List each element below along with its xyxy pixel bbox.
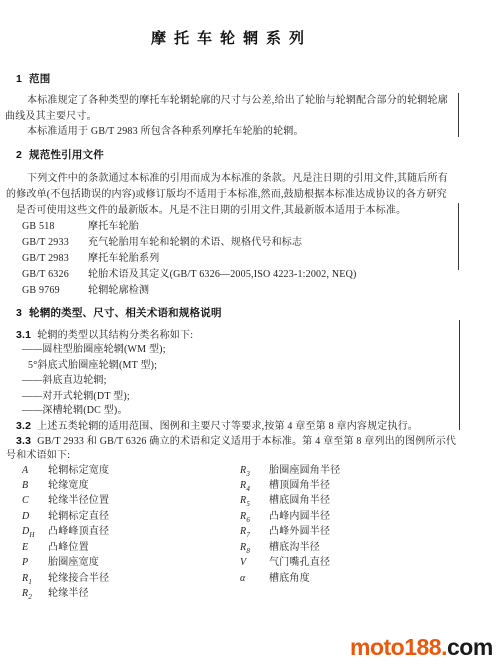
symbol-term: 轮缘接合半径 bbox=[48, 573, 109, 584]
document-title: 摩托车轮辋系列 bbox=[151, 27, 312, 48]
symbol-row: E凸峰位置 bbox=[22, 542, 89, 557]
section-1-number: 1 bbox=[16, 73, 22, 85]
symbol-code: P bbox=[22, 557, 48, 572]
scope-paragraph-line-2: 曲线及其主要尺寸。 bbox=[5, 111, 97, 123]
reference-title: 轮辋轮廓检测 bbox=[88, 285, 149, 296]
symbol-row: α槽底角度 bbox=[240, 573, 310, 588]
clause-3-2-number: 3.2 bbox=[16, 420, 31, 432]
reference-title: 充气轮胎用车轮和轮辋的术语、规格代号和标志 bbox=[88, 237, 302, 248]
symbol-row: DH凸峰峰顶直径 bbox=[22, 526, 109, 541]
rim-type-item: ——深槽轮辋(DC 型)。 bbox=[22, 405, 128, 417]
symbol-term: 轮缘半径 bbox=[48, 588, 89, 599]
symbol-row: V气门嘴孔直径 bbox=[240, 557, 330, 572]
symbol-term: 气门嘴孔直径 bbox=[269, 557, 330, 568]
watermark-brand: moto188. bbox=[350, 634, 447, 660]
symbol-term: 轮缘半径位置 bbox=[48, 495, 109, 506]
symbol-code: D bbox=[22, 511, 48, 526]
symbol-row: B轮缘宽度 bbox=[22, 480, 89, 495]
symbol-row: R2轮缘半径 bbox=[22, 588, 89, 603]
section-1-heading: 1范围 bbox=[16, 73, 50, 86]
symbol-row: R7凸峰外圆半径 bbox=[240, 526, 330, 541]
reference-row: GB 518摩托车轮胎 bbox=[22, 221, 139, 233]
symbol-code: C bbox=[22, 495, 48, 510]
section-1-heading-text: 范围 bbox=[29, 73, 50, 85]
section-2-heading-text: 规范性引用文件 bbox=[29, 149, 104, 161]
scan-edge-line bbox=[458, 203, 459, 270]
reference-row: GB/T 6326轮胎术语及其定义(GB/T 6326—2005,ISO 422… bbox=[22, 269, 357, 281]
symbol-term: 槽底圆角半径 bbox=[269, 495, 330, 506]
clause-3-1-number: 3.1 bbox=[16, 329, 31, 341]
symbol-code: DH bbox=[22, 526, 48, 541]
symbol-term: 胎圈座宽度 bbox=[48, 557, 99, 568]
symbol-term: 槽底角度 bbox=[269, 573, 310, 584]
symbol-row: R6凸峰内圆半径 bbox=[240, 511, 330, 526]
rim-type-item: ——斜底直边轮辋; bbox=[22, 375, 107, 387]
symbol-row: R8槽底沟半径 bbox=[240, 542, 320, 557]
clause-3-3-text: GB/T 2933 和 GB/T 6326 确立的术语和定义适用于本标准。第 4… bbox=[37, 436, 456, 447]
normative-paragraph-line-1: 下列文件中的条款通过本标准的引用而成为本标准的条款。凡是注日期的引用文件,其随后… bbox=[27, 173, 448, 185]
symbol-row: C轮缘半径位置 bbox=[22, 495, 109, 510]
symbol-code: R8 bbox=[240, 542, 269, 557]
symbol-term: 轮辋标定直径 bbox=[48, 511, 109, 522]
reference-code: GB/T 2983 bbox=[22, 253, 74, 265]
clause-3-2: 3.2上述五类轮辋的适用范围、图例和主要尺寸等要求,按第 4 章至第 8 章内容… bbox=[16, 420, 418, 433]
clause-3-3-line-2: 号和术语如下: bbox=[6, 450, 70, 462]
scope-paragraph-line-1: 本标准规定了各种类型的摩托车轮辋轮廓的尺寸与公差,给出了轮胎与轮辋配合部分的轮辋… bbox=[27, 95, 448, 107]
reference-code: GB/T 6326 bbox=[22, 269, 74, 281]
symbol-code: V bbox=[240, 557, 269, 572]
clause-3-1: 3.1轮辋的类型以其结构分类名称如下: bbox=[16, 329, 193, 342]
symbol-term: 凸峰峰顶直径 bbox=[48, 526, 109, 537]
scan-edge-line bbox=[458, 93, 459, 137]
symbol-code: R5 bbox=[240, 495, 269, 510]
scan-edge-line bbox=[459, 320, 460, 430]
section-3-heading-text: 轮辋的类型、尺寸、相关术语和规格说明 bbox=[29, 307, 222, 319]
reference-row: GB/T 2983摩托车轮胎系列 bbox=[22, 253, 159, 265]
scope-paragraph-2: 本标准适用于 GB/T 2983 所包含各种系列摩托车轮胎的轮辋。 bbox=[27, 126, 304, 138]
symbol-row: A轮辋标定宽度 bbox=[22, 465, 109, 480]
rim-type-item: ——圆柱型胎圈座轮辋(WM 型); bbox=[22, 344, 166, 356]
symbol-row: R3胎圈座圆角半径 bbox=[240, 465, 340, 480]
reference-title: 摩托车轮胎 bbox=[88, 221, 139, 232]
symbol-term: 轮辋标定宽度 bbox=[48, 465, 109, 476]
symbol-term: 轮缘宽度 bbox=[48, 480, 89, 491]
symbol-code: R7 bbox=[240, 526, 269, 541]
reference-row: GB/T 2933充气轮胎用车轮和轮辋的术语、规格代号和标志 bbox=[22, 237, 302, 249]
watermark-moto188: moto188.com bbox=[350, 634, 493, 661]
reference-title: 轮胎术语及其定义(GB/T 6326—2005,ISO 4223-1:2002,… bbox=[88, 269, 357, 280]
section-3-heading: 3轮辋的类型、尺寸、相关术语和规格说明 bbox=[16, 307, 222, 320]
normative-paragraph-line-2: 的修改单(不包括勘误的内容)或修订版均不适用于本标准,然而,鼓励根据本标准达成协… bbox=[6, 189, 447, 201]
symbol-term: 凸峰内圆半径 bbox=[269, 511, 330, 522]
symbol-row: R5槽底圆角半径 bbox=[240, 495, 330, 510]
symbol-code: E bbox=[22, 542, 48, 557]
reference-title: 摩托车轮胎系列 bbox=[88, 253, 159, 264]
normative-paragraph-line-3: 是否可使用这些文件的最新版本。凡是不注日期的引用文件,其最新版本适用于本标准。 bbox=[16, 205, 406, 217]
reference-row: GB 9769轮辋轮廓检测 bbox=[22, 285, 149, 297]
symbol-code: B bbox=[22, 480, 48, 495]
clause-3-2-text: 上述五类轮辋的适用范围、图例和主要尺寸等要求,按第 4 章至第 8 章内容规定执… bbox=[37, 421, 418, 432]
symbol-code: R6 bbox=[240, 511, 269, 526]
rim-type-item: 5°斜底式胎圈座轮辋(MT 型); bbox=[28, 360, 157, 372]
clause-3-3-number: 3.3 bbox=[16, 435, 31, 447]
clause-3-3-line-1: 3.3GB/T 2933 和 GB/T 6326 确立的术语和定义适用于本标准。… bbox=[16, 435, 456, 448]
rim-type-item: ——对开式轮辋(DT 型); bbox=[22, 391, 130, 403]
symbol-term: 凸峰位置 bbox=[48, 542, 89, 553]
clause-3-1-text: 轮辋的类型以其结构分类名称如下: bbox=[37, 330, 193, 341]
section-3-number: 3 bbox=[16, 307, 22, 319]
reference-code: GB/T 2933 bbox=[22, 237, 74, 249]
symbol-code: R1 bbox=[22, 573, 48, 588]
reference-code: GB 9769 bbox=[22, 285, 74, 297]
watermark-tld: com bbox=[447, 634, 493, 660]
section-2-number: 2 bbox=[16, 149, 22, 161]
symbol-code: R2 bbox=[22, 588, 48, 603]
symbol-row: R1轮缘接合半径 bbox=[22, 573, 109, 588]
symbol-term: 胎圈座圆角半径 bbox=[269, 465, 340, 476]
section-2-heading: 2规范性引用文件 bbox=[16, 149, 104, 162]
scanned-document-page: 摩托车轮辋系列 1范围 本标准规定了各种类型的摩托车轮辋轮廓的尺寸与公差,给出了… bbox=[0, 0, 504, 668]
symbol-term: 凸峰外圆半径 bbox=[269, 526, 330, 537]
symbol-row: D轮辋标定直径 bbox=[22, 511, 109, 526]
reference-code: GB 518 bbox=[22, 221, 74, 233]
symbol-term: 槽顶圆角半径 bbox=[269, 480, 330, 491]
symbol-code: α bbox=[240, 573, 269, 588]
symbol-code: A bbox=[22, 465, 48, 480]
symbol-code: R3 bbox=[240, 465, 269, 480]
symbol-row: P胎圈座宽度 bbox=[22, 557, 99, 572]
symbol-row: R4槽顶圆角半径 bbox=[240, 480, 330, 495]
symbol-code: R4 bbox=[240, 480, 269, 495]
symbol-term: 槽底沟半径 bbox=[269, 542, 320, 553]
